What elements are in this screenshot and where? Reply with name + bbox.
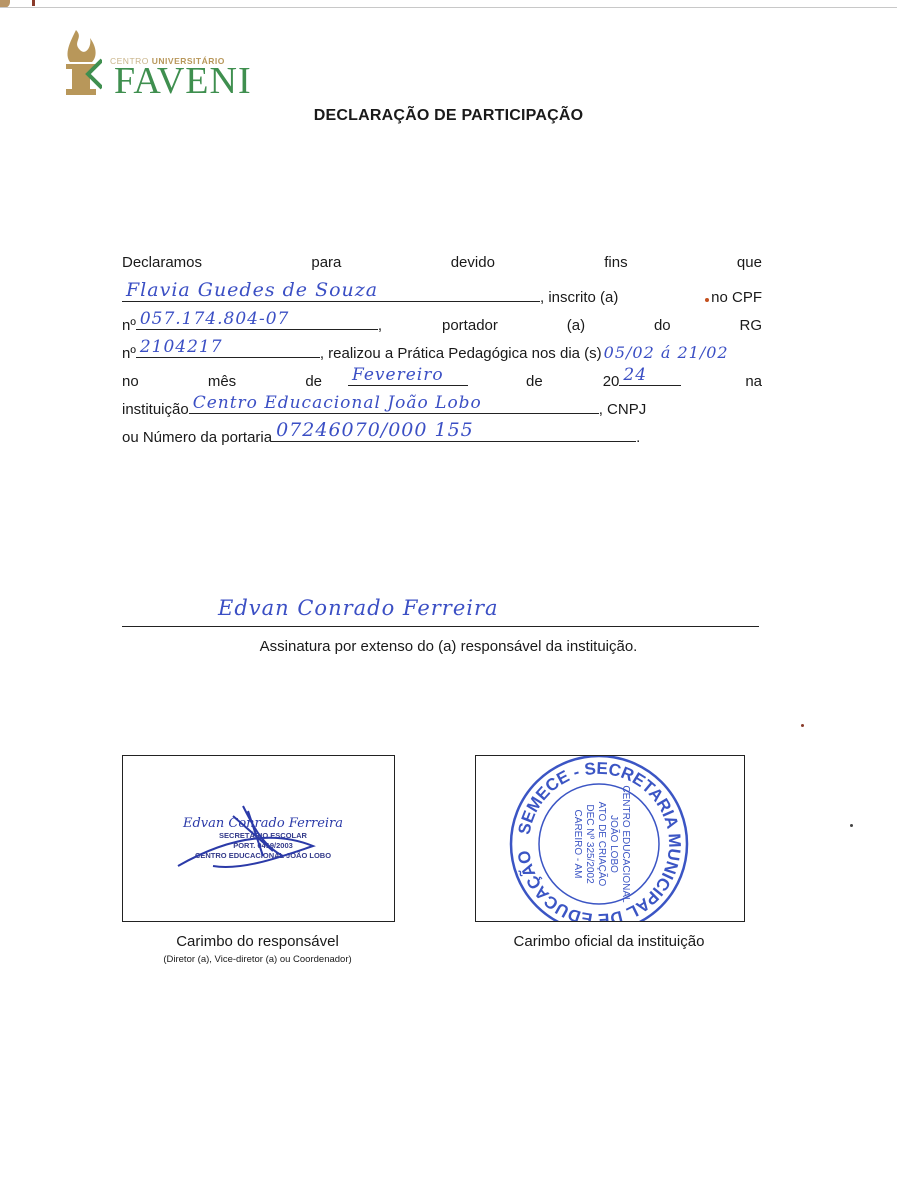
- svg-text:CENTRO EDUCACIONAL: CENTRO EDUCACIONAL: [620, 785, 631, 903]
- days-field[interactable]: 05/02 á 21/02: [604, 343, 729, 362]
- declaration-line-7: ou Número da portaria 07246070/000 155 .: [122, 424, 762, 446]
- signature-scribble-icon: [173, 796, 323, 876]
- official-stamp-box: SEMECE - SECRETARIA MUNICIPAL DE EDUCAÇÃ…: [475, 755, 745, 922]
- year-field[interactable]: 24: [619, 368, 681, 386]
- svg-text:CAREIRO - AM: CAREIRO - AM: [572, 810, 583, 879]
- declaration-line-2: Flavia Guedes de Souza , inscrito (a) no…: [122, 284, 762, 306]
- signature-line: [122, 626, 759, 627]
- portaria-field[interactable]: 07246070/000 155: [272, 424, 636, 442]
- responsible-stamp-box: Edvan Conrado Ferreira SECRETÁRIO ESCOLA…: [122, 755, 395, 922]
- scan-artifact: [850, 824, 853, 827]
- faveni-logo: CENTRO UNIVERSITÁRIO FAVENI: [62, 28, 262, 103]
- cpf-field[interactable]: 057.174.804-07: [136, 312, 378, 330]
- scan-artifact: [32, 0, 35, 6]
- svg-text:DEC Nº 325/2002: DEC Nº 325/2002: [584, 804, 595, 884]
- declaration-line-3: nº 057.174.804-07 , portador (a) do RG: [122, 312, 762, 334]
- month-field[interactable]: Fevereiro: [348, 368, 468, 386]
- declaration-line-1: Declaramos para devido fins que: [122, 254, 762, 276]
- svg-text:ATO DE CRIAÇÃO: ATO DE CRIAÇÃO: [596, 802, 609, 887]
- handwritten-signature: Edvan Conrado Ferreira: [218, 596, 499, 620]
- scan-artifact: [801, 724, 804, 727]
- responsible-stamp-caption: Carimbo do responsável: [122, 933, 393, 950]
- institution-field[interactable]: Centro Educacional João Lobo: [189, 396, 599, 414]
- ink-dot: [705, 298, 709, 302]
- rg-field[interactable]: 2104217: [136, 340, 320, 358]
- name-field[interactable]: Flavia Guedes de Souza: [122, 284, 540, 302]
- declaration-line-5: no mês de Fevereiro de 20 24 na: [122, 368, 762, 390]
- page-title: DECLARAÇÃO DE PARTICIPAÇÃO: [0, 107, 897, 125]
- signature-caption: Assinatura por extenso do (a) responsáve…: [0, 638, 897, 655]
- top-divider: [0, 7, 897, 8]
- responsible-stamp-subcaption: (Diretor (a), Vice-diretor (a) ou Coorde…: [112, 954, 403, 965]
- torch-icon: [62, 28, 102, 98]
- official-stamp-seal-icon: SEMECE - SECRETARIA MUNICIPAL DE EDUCAÇÃ…: [476, 756, 744, 921]
- official-stamp-caption: Carimbo oficial da instituição: [475, 933, 743, 950]
- logo-name: FAVENI: [114, 61, 252, 101]
- declaration-line-6: instituição Centro Educacional João Lobo…: [122, 396, 762, 418]
- declaration-line-4: nº 2104217 , realizou a Prática Pedagógi…: [122, 340, 842, 362]
- svg-text:JOÃO LOBO: JOÃO LOBO: [608, 815, 621, 873]
